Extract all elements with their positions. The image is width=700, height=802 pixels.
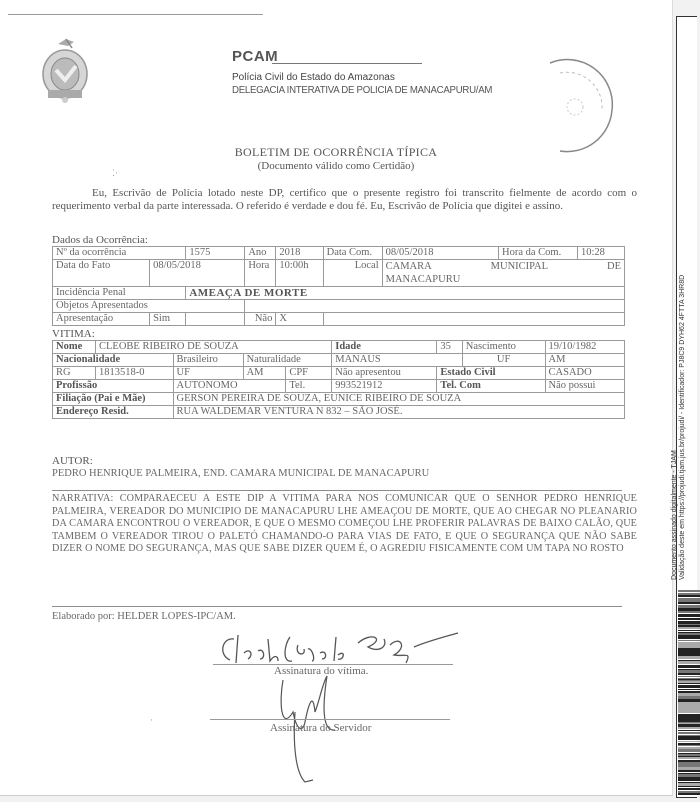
label-uf-rg: UF bbox=[173, 367, 243, 380]
label-idade: Idade bbox=[332, 341, 437, 354]
value-hora: 10:00h bbox=[276, 260, 323, 287]
label-hora-com: Hora da Com. bbox=[499, 247, 578, 260]
label-endereco: Endereço Resid. bbox=[53, 406, 174, 419]
label-sim: Sim bbox=[150, 313, 186, 326]
value-profissao: AUTONOMO bbox=[173, 380, 286, 393]
label-filiacao: Filiação (Pai e Mãe) bbox=[53, 393, 174, 406]
label-nome: Nome bbox=[53, 341, 96, 354]
signature-line2: Validação deste em https://projudi.tjam.… bbox=[679, 190, 687, 580]
amazonas-coat-of-arms-icon bbox=[30, 36, 100, 106]
digital-signature-text: Documento assinado digitalmente - TJAM V… bbox=[671, 190, 687, 580]
prepared-by: Elaborado por: HELDER LOPES-IPC/AM. bbox=[52, 611, 236, 622]
label-ano: Ano bbox=[245, 247, 276, 260]
document-subtitle: (Documento válido como Certidão) bbox=[0, 160, 672, 172]
occurrence-table: Nº da ocorrência 1575 Ano 2018 Data Com.… bbox=[52, 246, 625, 326]
value-tel-com: Não possui bbox=[545, 380, 624, 393]
apresentacao-blank bbox=[323, 313, 624, 326]
value-incidencia: AMEAÇA DE MORTE bbox=[186, 287, 625, 300]
agency-name: Polícia Civil do Estado do Amazonas bbox=[232, 72, 395, 83]
author-text: PEDRO HENRIQUE PALMEIRA, END. CAMARA MUN… bbox=[52, 468, 429, 479]
local-line1: CAMARAMUNICIPALDE bbox=[386, 260, 621, 273]
value-uf-nat: AM bbox=[545, 354, 624, 367]
document-page: PCAM Polícia Civil do Estado do Amazonas… bbox=[0, 0, 673, 796]
value-local: CAMARAMUNICIPALDE MANACAPURU bbox=[382, 260, 624, 287]
local-line2: MANACAPURU bbox=[386, 273, 621, 286]
value-objetos bbox=[245, 300, 625, 313]
label-estado-civil: Estado Civil bbox=[437, 367, 545, 380]
officer-signature-label: Assinatura do Servidor bbox=[270, 722, 371, 734]
value-nascimento: 19/10/1982 bbox=[545, 341, 624, 354]
scan-speck: ⁚· bbox=[112, 168, 118, 179]
value-filiacao: GERSON PEREIRA DE SOUZA, EUNICE RIBEIRO … bbox=[173, 393, 625, 406]
value-numero: 1575 bbox=[186, 247, 245, 260]
value-hora-com: 10:28 bbox=[578, 247, 625, 260]
label-tel: Tel. bbox=[286, 380, 332, 393]
value-rg: 1813518-0 bbox=[96, 367, 174, 380]
victim-section-label: VITIMA: bbox=[52, 328, 95, 340]
narrative-bottom-rule bbox=[52, 606, 622, 607]
label-incidencia: Incidência Penal bbox=[53, 287, 186, 300]
document-title: BOLETIM DE OCORRÊNCIA TÍPICA bbox=[0, 145, 672, 160]
label-naturalidade: Naturalidade bbox=[243, 354, 332, 367]
officer-signature-line bbox=[210, 719, 450, 720]
label-data-com: Data Com. bbox=[323, 247, 382, 260]
signature-line1: Documento assinado digitalmente - TJAM bbox=[671, 190, 679, 580]
author-section-label: AUTOR: bbox=[52, 455, 93, 467]
occurrence-section-label: Dados da Ocorrência: bbox=[52, 234, 148, 246]
label-profissao: Profissão bbox=[53, 380, 174, 393]
value-ano: 2018 bbox=[276, 247, 323, 260]
certification-paragraph: Eu, Escrivão de Polícia lotado neste DP,… bbox=[52, 187, 637, 213]
label-nascimento: Nascimento bbox=[462, 341, 545, 354]
value-uf-rg: AM bbox=[243, 367, 286, 380]
label-nao: Não bbox=[245, 313, 276, 326]
label-local: Local bbox=[323, 260, 382, 287]
value-estado-civil: CASADO bbox=[545, 367, 624, 380]
scan-speck: · bbox=[150, 715, 153, 725]
label-nacionalidade: Nacionalidade bbox=[53, 354, 174, 367]
value-nacionalidade: Brasileiro bbox=[173, 354, 243, 367]
header-rule bbox=[272, 63, 422, 64]
value-data-com: 08/05/2018 bbox=[382, 247, 498, 260]
value-cpf: Não apresentou bbox=[332, 367, 437, 380]
narrative-top-rule bbox=[52, 490, 622, 491]
label-apresentacao: Apresentação bbox=[53, 313, 150, 326]
scan-edge-line bbox=[8, 14, 263, 15]
value-sim bbox=[186, 313, 245, 326]
department-name: DELEGACIA INTERATIVA DE POLICIA DE MANAC… bbox=[232, 84, 492, 96]
label-numero: Nº da ocorrência bbox=[53, 247, 186, 260]
victim-table: Nome CLEOBE RIBEIRO DE SOUZA Idade 35 Na… bbox=[52, 340, 625, 419]
label-objetos: Objetos Apresentados bbox=[53, 300, 245, 313]
value-nao: X bbox=[276, 313, 323, 326]
label-data-fato: Data do Fato bbox=[53, 260, 150, 287]
value-data-fato: 08/05/2018 bbox=[150, 260, 245, 287]
narrative-text: NARRATIVA: COMPARAECEU A ESTE DIP A VITI… bbox=[52, 493, 637, 556]
label-hora: Hora bbox=[245, 260, 276, 287]
value-nome: CLEOBE RIBEIRO DE SOUZA bbox=[96, 341, 332, 354]
label-rg: RG bbox=[53, 367, 96, 380]
barcode-icon bbox=[678, 590, 700, 795]
label-cpf: CPF bbox=[286, 367, 332, 380]
label-uf-nat: UF bbox=[462, 354, 545, 367]
value-tel: 993521912 bbox=[332, 380, 437, 393]
value-endereco: RUA WALDEMAR VENTURA N 832 – SÃO JOSÉ. bbox=[173, 406, 625, 419]
official-stamp-seal-icon bbox=[520, 55, 620, 155]
value-idade: 35 bbox=[437, 341, 462, 354]
value-naturalidade: MANAUS bbox=[332, 354, 463, 367]
label-tel-com: Tel. Com bbox=[437, 380, 545, 393]
